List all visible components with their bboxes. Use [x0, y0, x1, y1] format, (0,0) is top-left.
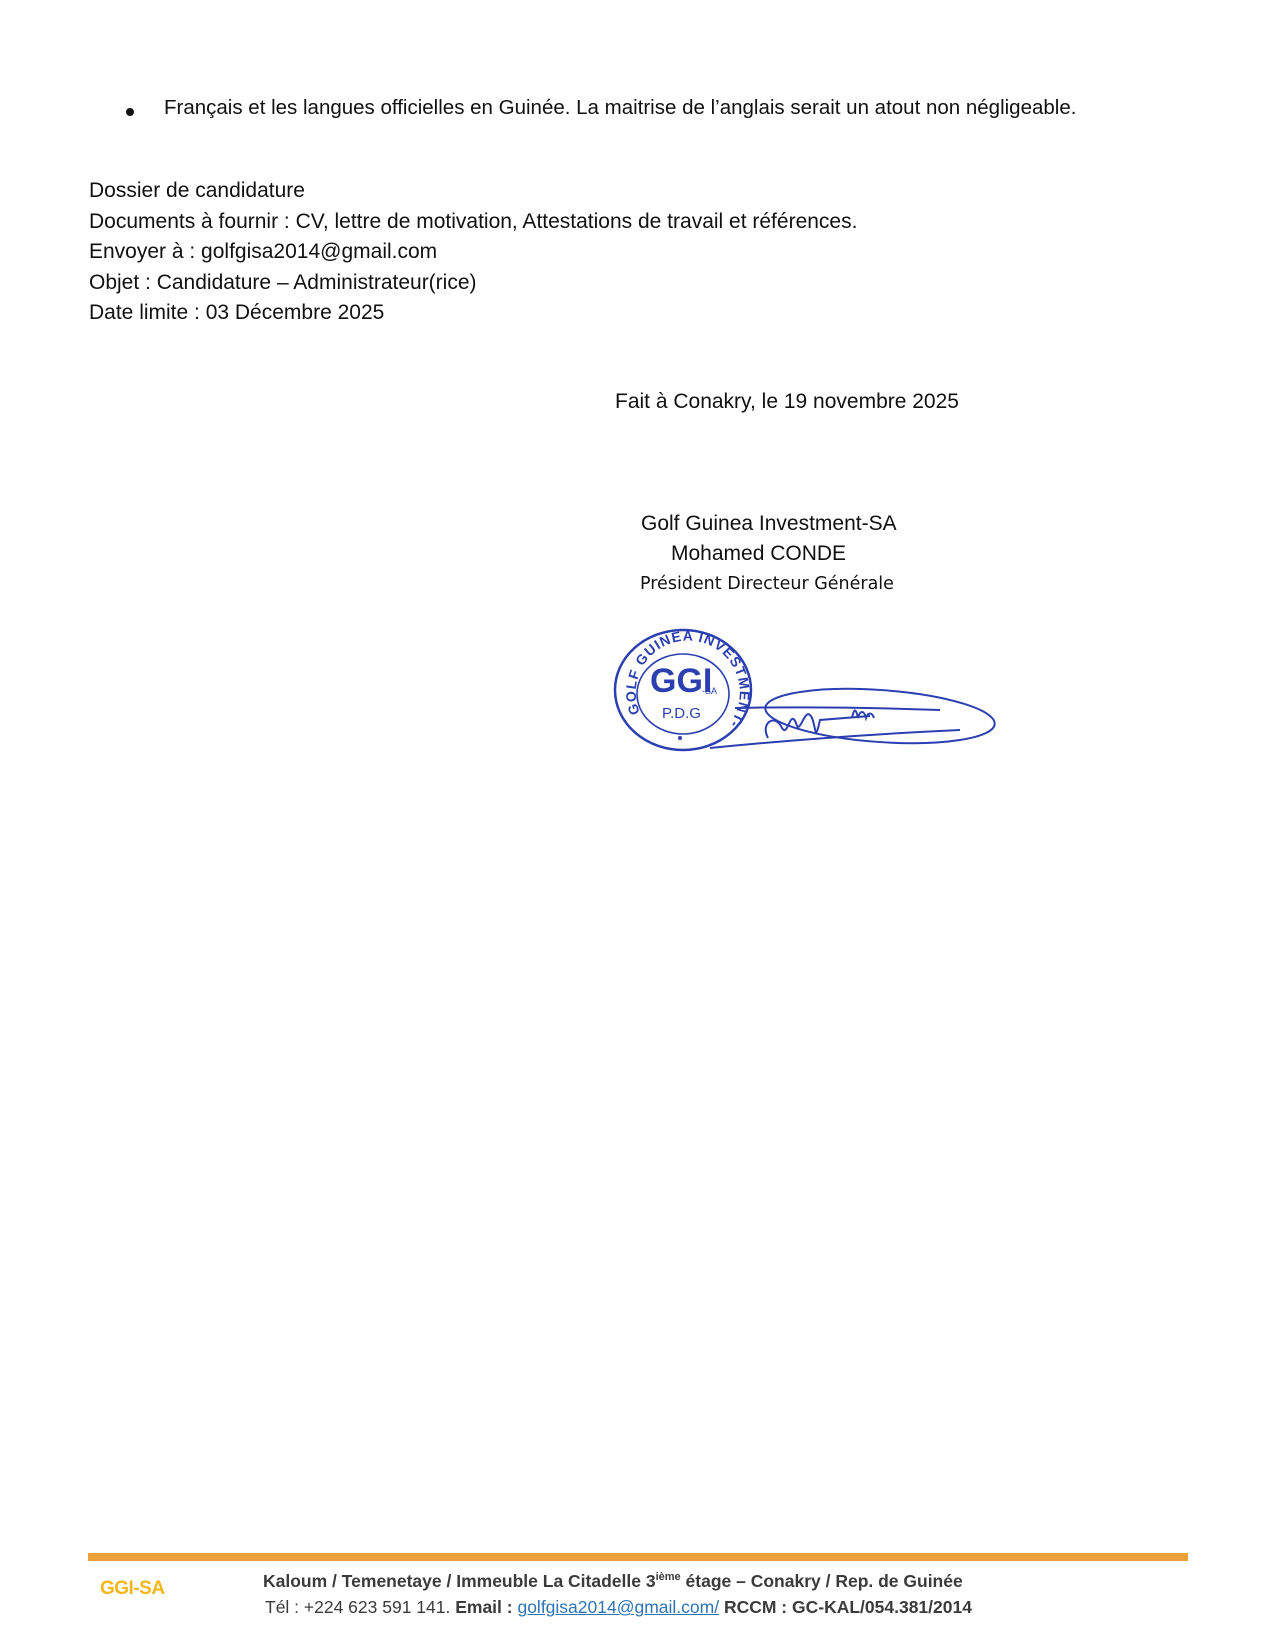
application-deadline: Date limite : 03 Décembre 2025 [89, 298, 857, 329]
footer-brand: GGI-SA [100, 1578, 165, 1600]
address-text: Kaloum / Temenetaye / Immeuble La Citade… [263, 1571, 656, 1591]
stamp-role: P.D.G [662, 705, 701, 722]
company-stamp-and-signature: GOLF GUINEA INVESTMENT-SA GGI -SA P.D.G [610, 628, 1010, 773]
application-subject: Objet : Candidature – Administrateur(ric… [89, 268, 857, 299]
languages-requirement: Français et les langues officielles en G… [164, 93, 1076, 123]
address-superscript: ième [656, 1571, 681, 1583]
signatory-name: Mohamed CONDE [671, 542, 846, 566]
address-text-end: étage – Conakry / Rep. de Guinée [681, 1571, 963, 1591]
footer-phone: Tél : +224 623 591 141. [265, 1597, 455, 1617]
application-section: Dossier de candidature Documents à fourn… [89, 176, 857, 329]
footer-rccm: RCCM : GC-KAL/054.381/2014 [719, 1597, 972, 1617]
footer-email-link[interactable]: golfgisa2014@gmail.com/ [517, 1597, 719, 1617]
bullet-icon [126, 108, 134, 116]
footer-divider [88, 1553, 1188, 1561]
place-date: Fait à Conakry, le 19 novembre 2025 [615, 390, 959, 414]
required-documents: Documents à fournir : CV, lettre de moti… [89, 207, 857, 238]
signatory-company: Golf Guinea Investment-SA [641, 512, 897, 536]
stamp-icon: GOLF GUINEA INVESTMENT-SA GGI -SA P.D.G [610, 628, 1010, 768]
application-heading: Dossier de candidature [89, 176, 857, 207]
footer-contact: Tél : +224 623 591 141. Email : golfgisa… [265, 1597, 972, 1618]
send-to-email[interactable]: Envoyer à : golfgisa2014@gmail.com [89, 237, 857, 268]
signatory-title: Président Directeur Générale [640, 574, 894, 594]
stamp-logo-suffix: -SA [702, 686, 717, 696]
footer-address: Kaloum / Temenetaye / Immeuble La Citade… [263, 1571, 963, 1592]
footer-email-label: Email : [455, 1597, 517, 1617]
